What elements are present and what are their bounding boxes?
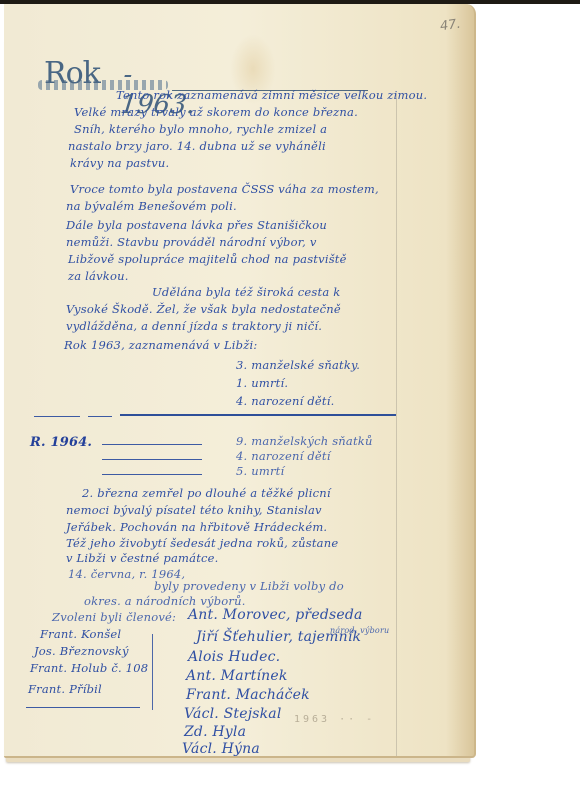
text-line: Vysoké Škodě. Žel, že však byla nedostat… — [66, 302, 341, 316]
text-line: Jeřábek. Pochován na hřbitově Hrádeckém. — [66, 520, 327, 534]
member-name: Frant. Macháček — [186, 687, 310, 703]
separator-dash — [88, 416, 112, 417]
stat-births-1964: 4. narození dětí — [236, 449, 331, 463]
text-line: krávy na pastvu. — [70, 156, 169, 170]
title-word: Rok — [44, 56, 100, 91]
stat-births-1963: 4. narození dětí. — [236, 394, 334, 408]
text-line: Libžově spolupráce majitelů chod na past… — [68, 252, 347, 266]
text-line: Vroce tomto byla postavena ČSSS váha za … — [70, 182, 379, 196]
member-name: Ant. Morovec, předseda — [188, 607, 363, 623]
faint-stamp: 1963 ·· - — [294, 714, 375, 725]
members-intro: Zvoleni byli členové: — [52, 610, 176, 624]
text-line: na bývalém Benešovém poli. — [66, 199, 237, 213]
text-line: v Libži v čestné památce. — [66, 551, 219, 565]
text-line: Též jeho živobytí šedesát jedna roků, zů… — [66, 536, 338, 550]
text-line: Dále byla postavena lávka přes Stanišičk… — [66, 218, 327, 232]
margin-line — [396, 94, 397, 756]
page-number: 47. — [439, 17, 462, 35]
document-page: 47. Rok - 1963. Tento rok zaznamenává zi… — [4, 4, 476, 758]
stat-deaths-1963: 1. umrtí. — [236, 376, 288, 390]
member-name: Jiří Šťehulier, tajemník — [196, 629, 361, 645]
left-member-name: Frant. Konšel — [40, 627, 121, 641]
year-1964-label: R. 1964. — [30, 435, 92, 450]
text-line: nemoci bývalý písatel této knihy, Stanis… — [66, 503, 322, 517]
left-member-name: Frant. Příbil — [28, 682, 102, 696]
section-separator — [120, 414, 396, 416]
left-member-name: Jos. Březnovský — [34, 644, 129, 658]
text-line: za lávkou. — [68, 269, 129, 283]
separator-dash — [34, 416, 80, 417]
text-line: okres. a národních výborů. — [84, 594, 246, 608]
text-line: nemůži. Stavbu prováděl národní výbor, v — [66, 235, 317, 249]
column-divider — [152, 634, 153, 710]
text-line: nastalo brzy jaro. 14. dubna už se vyhán… — [68, 139, 326, 153]
text-line: Velké mrazy trvaly až skorem do konce bř… — [74, 105, 358, 119]
member-name: Václ. Stejskal — [184, 706, 282, 722]
text-line: Udělána byla též široká cesta k — [152, 285, 340, 299]
left-member-name: Frant. Holub č. 108 — [30, 661, 148, 675]
text-line: byly provedeny v Libži volby do — [154, 579, 344, 593]
stat-weddings-1964: 9. manželských sňatků — [236, 434, 373, 448]
member-name: Václ. Hýna — [182, 741, 260, 757]
stat-weddings-1963: 3. manželské sňatky. — [236, 358, 360, 372]
text-line: Tento rok zaznamenává zimní měsíce velko… — [116, 88, 427, 102]
member-name: Alois Hudec. — [188, 649, 280, 665]
member-name: Zd. Hyla — [184, 724, 246, 740]
stat-leader-line — [102, 474, 202, 475]
text-line: Rok 1963, zaznamenává v Libži: — [64, 338, 257, 352]
text-line: 2. března zemřel po dlouhé a těžké plicn… — [82, 486, 331, 500]
stat-leader-line — [102, 444, 202, 445]
left-column-underline — [26, 707, 140, 708]
text-line: vydlážděna, a denní jízda s traktory ji … — [66, 319, 322, 333]
stat-leader-line — [102, 459, 202, 460]
stat-deaths-1964: 5. umrtí — [236, 464, 284, 478]
text-line: Sníh, kterého bylo mnoho, rychle zmizel … — [74, 122, 327, 136]
member-name: Ant. Martínek — [186, 668, 288, 684]
